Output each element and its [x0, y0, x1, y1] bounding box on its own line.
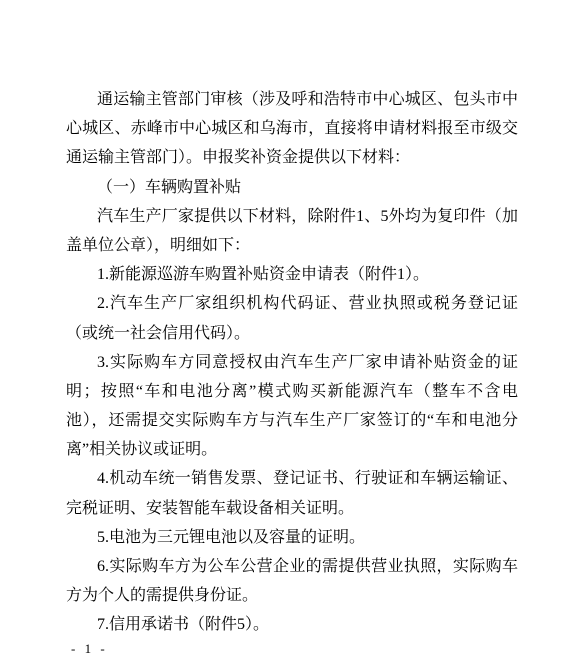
text-line: 完税证明、安装智能车载设备相关证明。: [66, 494, 518, 523]
text-line: 明；按照“车和电池分离”模式购买新能源汽车（整车不含电: [66, 377, 518, 406]
text-line: 汽车生产厂家提供以下材料，除附件1、5外均为复印件（加: [66, 202, 518, 231]
text-line: 池），还需提交实际购车方与汽车生产厂家签订的“车和电池分: [66, 406, 518, 435]
text-line: 通运输主管部门）。申报奖补资金提供以下材料：: [66, 143, 518, 172]
list-item: 4.机动车统一销售发票、登记证书、行驶证和车辆运输证、: [66, 464, 518, 493]
text-line: 心城区、赤峰市中心城区和乌海市，直接将申请材料报至市级交: [66, 114, 518, 143]
list-item: 6.实际购车方为公车公营企业的需提供营业执照，实际购车: [66, 552, 518, 581]
list-item: 7.信用承诺书（附件5）。: [66, 610, 518, 639]
list-item: 1.新能源巡游车购置补贴资金申请表（附件1）。: [66, 260, 518, 289]
list-item: 2.汽车生产厂家组织机构代码证、营业执照或税务登记证: [66, 289, 518, 318]
text-line: （或统一社会信用代码）。: [66, 319, 518, 348]
page-number: - 1 -: [71, 640, 108, 658]
list-item: 5.电池为三元锂电池以及容量的证明。: [66, 523, 518, 552]
text-line: 离”相关协议或证明。: [66, 435, 518, 464]
text-line: 通运输主管部门审核（涉及呼和浩特市中心城区、包头市中: [66, 85, 518, 114]
text-line: 方为个人的需提供身份证。: [66, 581, 518, 610]
list-item: 3.实际购车方同意授权由汽车生产厂家申请补贴资金的证: [66, 348, 518, 377]
section-heading: （一）车辆购置补贴: [66, 173, 518, 202]
document-page: 通运输主管部门审核（涉及呼和浩特市中心城区、包头市中 心城区、赤峰市中心城区和乌…: [0, 0, 586, 667]
text-line: 盖单位公章），明细如下：: [66, 231, 518, 260]
document-body: 通运输主管部门审核（涉及呼和浩特市中心城区、包头市中 心城区、赤峰市中心城区和乌…: [66, 85, 518, 640]
